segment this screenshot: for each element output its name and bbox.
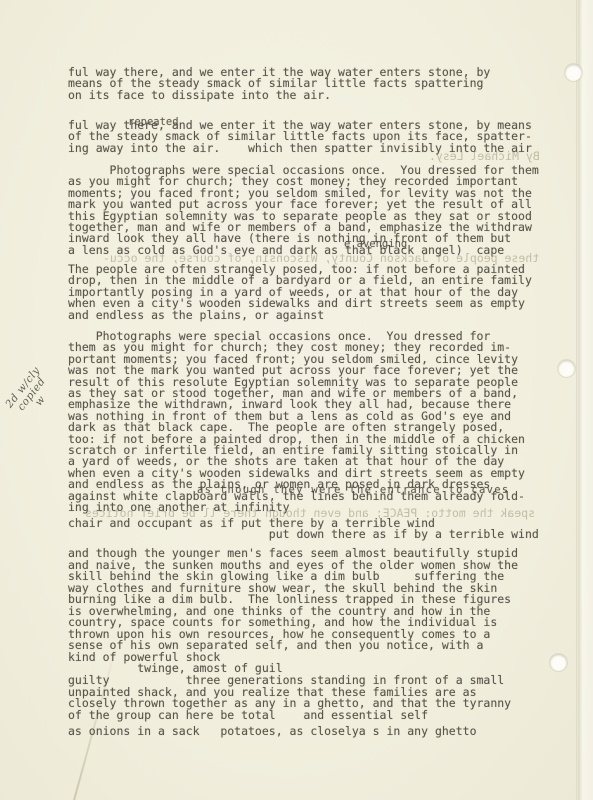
punch-hole (550, 654, 567, 671)
typed-paragraph-draft1: ful way there, and we enter it the way w… (68, 67, 490, 101)
punch-hole (565, 64, 582, 81)
punch-hole (558, 360, 575, 377)
typed-insertion-caves: as though they were the entrance to cave… (197, 484, 509, 496)
typed-insertion-repeated: repeated (128, 116, 179, 128)
typed-paragraph-photographs-v1: Photographs were special occasions once.… (68, 165, 539, 256)
typed-paragraph-faces: and though the younger men's faces seem … (68, 548, 518, 721)
handwritten-annotation: 2d w/cly copied w (0, 348, 73, 441)
typed-paragraph-terrible-wind: chair and occupant as if put there by a … (68, 518, 539, 541)
page-edge-shadow (576, 0, 593, 800)
scanned-typescript-page: By Michael Lesy. these people of Jackson… (0, 0, 593, 800)
typed-insertion-avenging: e avenging (344, 238, 407, 250)
typed-paragraph-onions: as onions in a sack potatoes, as closely… (68, 726, 477, 737)
typed-paragraph-people-posed: The people are often strangely posed, to… (68, 264, 532, 321)
